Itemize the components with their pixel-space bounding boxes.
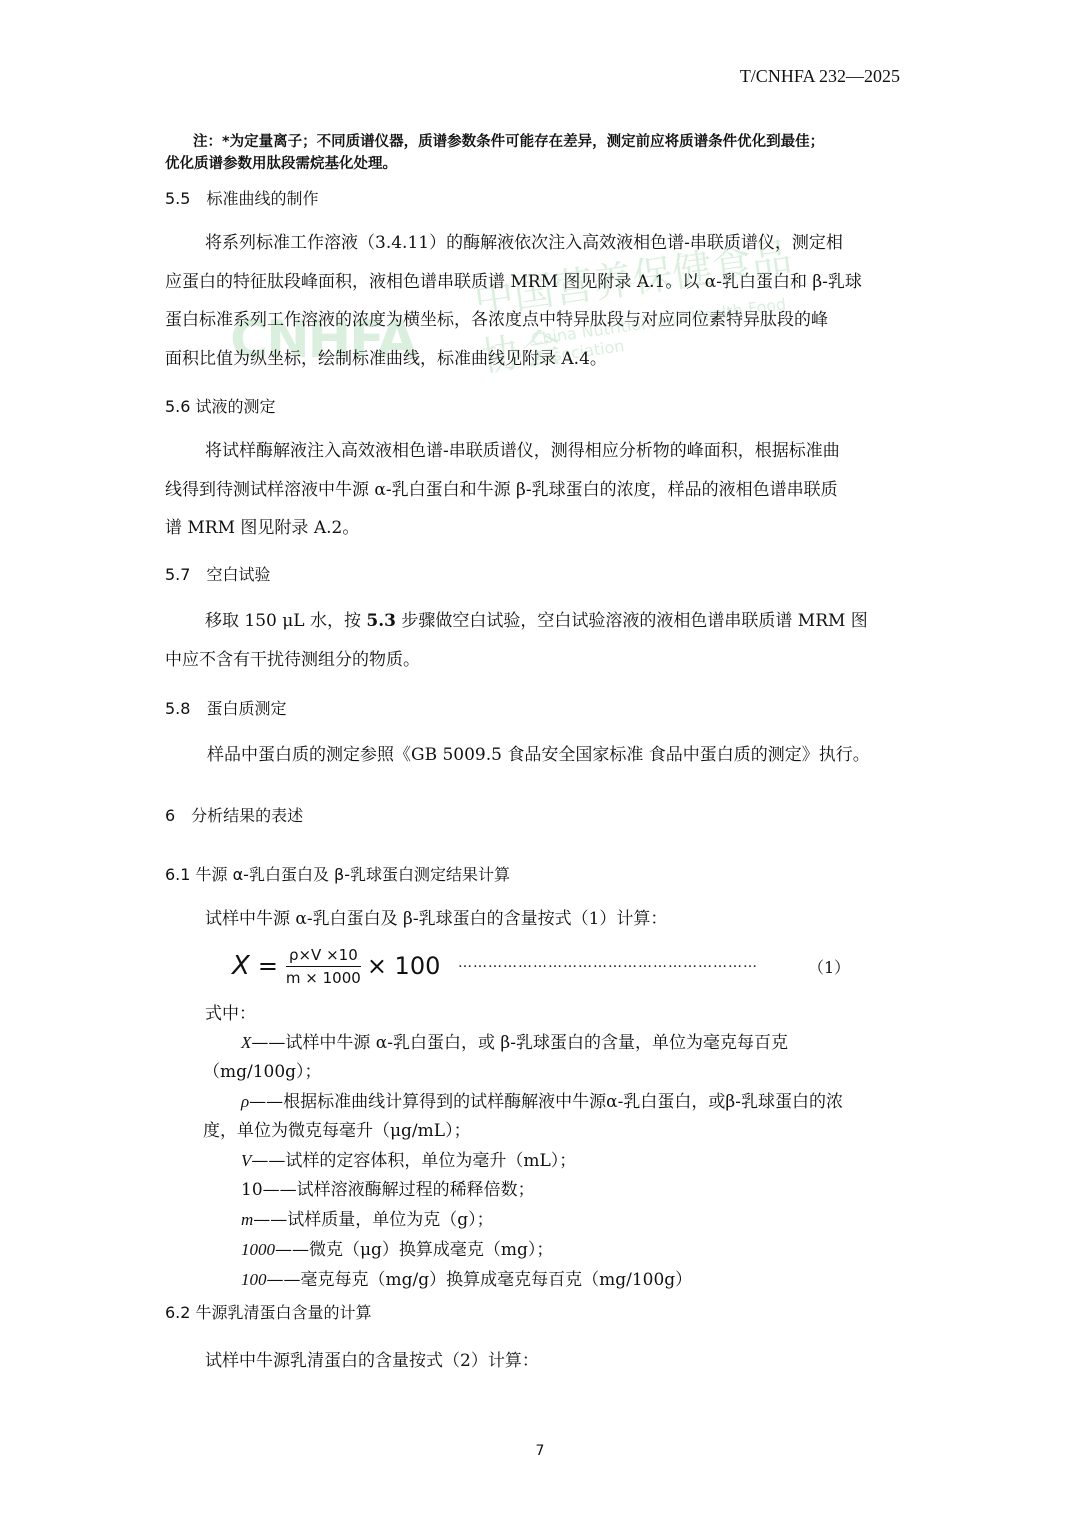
definition-text: ——试样的定容体积，单位为毫升（mL）； <box>251 1151 576 1171</box>
definition-text: ——试样质量，单位为克（g）； <box>253 1210 493 1230</box>
paragraph-5-6: 将试样酶解液注入高效液相色谱-串联质谱仪，测得相应分析物的峰面积，根据标准曲 线… <box>165 432 925 548</box>
para-line: 样品中蛋白质的测定参照《GB 5009.5 食品安全国家标准 食品中蛋白质的测定… <box>165 736 965 775</box>
para-line: 应蛋白的特征肽段峰面积，液相色谱串联质谱 MRM 图见附录 A.1。以 α-乳白… <box>165 263 925 302</box>
para-line: 将系列标准工作溶液（3.4.11）的酶解液依次注入高效液相色谱-串联质谱仪，测定… <box>165 224 925 263</box>
formula-intro: 试样中牛源 α-乳白蛋白及 β-乳球蛋白的含量按式（1）计算： <box>205 900 965 939</box>
para-line: 将试样酶解液注入高效液相色谱-串联质谱仪，测得相应分析物的峰面积，根据标准曲 <box>165 432 925 471</box>
heading-6-1: 6.1 牛源 α-乳白蛋白及 β-乳球蛋白测定结果计算 <box>165 862 510 885</box>
para-line: 谱 MRM 图见附录 A.2。 <box>165 509 925 548</box>
definition-item: 100——毫克每克（mg/g）换算成毫克每百克（mg/100g） <box>241 1265 921 1295</box>
symbol: 10 <box>241 1180 263 1200</box>
heading-5-7: 5.7 空白试验 <box>165 562 270 585</box>
text-run: 移取 150 μL 水，按 <box>205 611 366 631</box>
definition-text: ——根据标准曲线计算得到的试样酶解液中牛源α-乳白蛋白，或β-乳球蛋白的浓 <box>249 1092 843 1112</box>
definition-text: ——试样溶液酶解过程的稀释倍数； <box>263 1180 535 1200</box>
page-number: 7 <box>0 1443 1080 1459</box>
bold-ref: 5.3 <box>366 611 396 631</box>
heading-6-2: 6.2 牛源乳清蛋白含量的计算 <box>165 1300 372 1323</box>
heading-5-8: 5.8 蛋白质测定 <box>165 696 286 719</box>
definition-item: 1000——微克（μg）换算成毫克（mg）； <box>241 1235 921 1265</box>
note-line-1: 注：*为定量离子；不同质谱仪器，质谱参数条件可能存在差异，测定前应将质谱条件优化… <box>165 131 915 153</box>
symbol: X <box>241 1033 251 1052</box>
formula-denominator: m × 1000 <box>286 967 361 987</box>
para-line: 蛋白标准系列工作溶液的浓度为横坐标，各浓度点中特异肽段与对应同位素特异肽段的峰 <box>165 301 925 340</box>
formula-equals: = <box>258 952 278 980</box>
formula-number: （1） <box>808 955 850 978</box>
para-line: 线得到待测试样溶液中牛源 α-乳白蛋白和牛源 β-乳球蛋白的浓度，样品的液相色谱… <box>165 471 925 510</box>
formula-dot-leader: …………………………………………………… <box>458 955 758 971</box>
para-line: 中应不含有干扰待测组分的物质。 <box>165 641 925 680</box>
heading-5-6: 5.6 试液的测定 <box>165 394 276 417</box>
heading-5-5: 5.5 标准曲线的制作 <box>165 186 318 209</box>
definition-text: ——试样中牛源 α-乳白蛋白，或 β-乳球蛋白的含量，单位为毫克每百克 <box>251 1033 788 1053</box>
symbol: ρ <box>241 1092 249 1111</box>
standard-number: T/CNHFA 232—2025 <box>740 66 900 87</box>
para-line: 移取 150 μL 水，按 5.3 步骤做空白试验，空白试验溶液的液相色谱串联质… <box>165 602 925 641</box>
definition-item: ρ——根据标准曲线计算得到的试样酶解液中牛源α-乳白蛋白，或β-乳球蛋白的浓 <box>241 1087 921 1117</box>
paragraph-5-7: 移取 150 μL 水，按 5.3 步骤做空白试验，空白试验溶液的液相色谱串联质… <box>165 602 925 679</box>
paragraph-5-5: 将系列标准工作溶液（3.4.11）的酶解液依次注入高效液相色谱-串联质谱仪，测定… <box>165 224 925 378</box>
formula-multiplier: × 100 <box>367 952 441 980</box>
definition-text: 度，单位为微克每毫升（μg/mL）； <box>203 1121 471 1141</box>
formula-fraction: ρ×V ×10 m × 1000 <box>286 946 361 987</box>
definition-item: （mg/100g）； <box>203 1058 921 1087</box>
definition-list: X——试样中牛源 α-乳白蛋白，或 β-乳球蛋白的含量，单位为毫克每百克 （mg… <box>241 1028 921 1295</box>
definition-item: V——试样的定容体积，单位为毫升（mL）； <box>241 1146 921 1176</box>
para-line: 面积比值为纵坐标，绘制标准曲线，标准曲线见附录 A.4。 <box>165 340 925 379</box>
formula-1: X = ρ×V ×10 m × 1000 × 100 <box>232 942 440 990</box>
definition-text: ——毫克每克（mg/g）换算成毫克每百克（mg/100g） <box>267 1270 693 1290</box>
definition-item: 10——试样溶液酶解过程的稀释倍数； <box>241 1176 921 1205</box>
formula-2-intro: 试样中牛源乳清蛋白的含量按式（2）计算： <box>205 1342 965 1381</box>
symbol: 100 <box>241 1270 267 1289</box>
symbol: m <box>241 1210 253 1229</box>
symbol: 1000 <box>241 1240 275 1259</box>
symbol: V <box>241 1151 251 1170</box>
note-line-2: 优化质谱参数用肽段需烷基化处理。 <box>165 153 915 175</box>
definition-item: m——试样质量，单位为克（g）； <box>241 1205 921 1235</box>
definition-item: 度，单位为微克每毫升（μg/mL）； <box>203 1117 921 1146</box>
paragraph-5-8: 样品中蛋白质的测定参照《GB 5009.5 食品安全国家标准 食品中蛋白质的测定… <box>165 736 965 775</box>
formula-lhs: X <box>232 951 250 981</box>
definition-text: ——微克（μg）换算成毫克（mg）； <box>275 1240 553 1260</box>
heading-6: 6 分析结果的表述 <box>165 803 303 826</box>
definition-text: （mg/100g）； <box>203 1062 322 1082</box>
formula-numerator: ρ×V ×10 <box>286 946 361 967</box>
definition-item: X——试样中牛源 α-乳白蛋白，或 β-乳球蛋白的含量，单位为毫克每百克 <box>241 1028 921 1058</box>
text-run: 步骤做空白试验，空白试验溶液的液相色谱串联质谱 MRM 图 <box>396 611 868 631</box>
table-note: 注：*为定量离子；不同质谱仪器，质谱参数条件可能存在差异，测定前应将质谱条件优化… <box>165 131 915 175</box>
